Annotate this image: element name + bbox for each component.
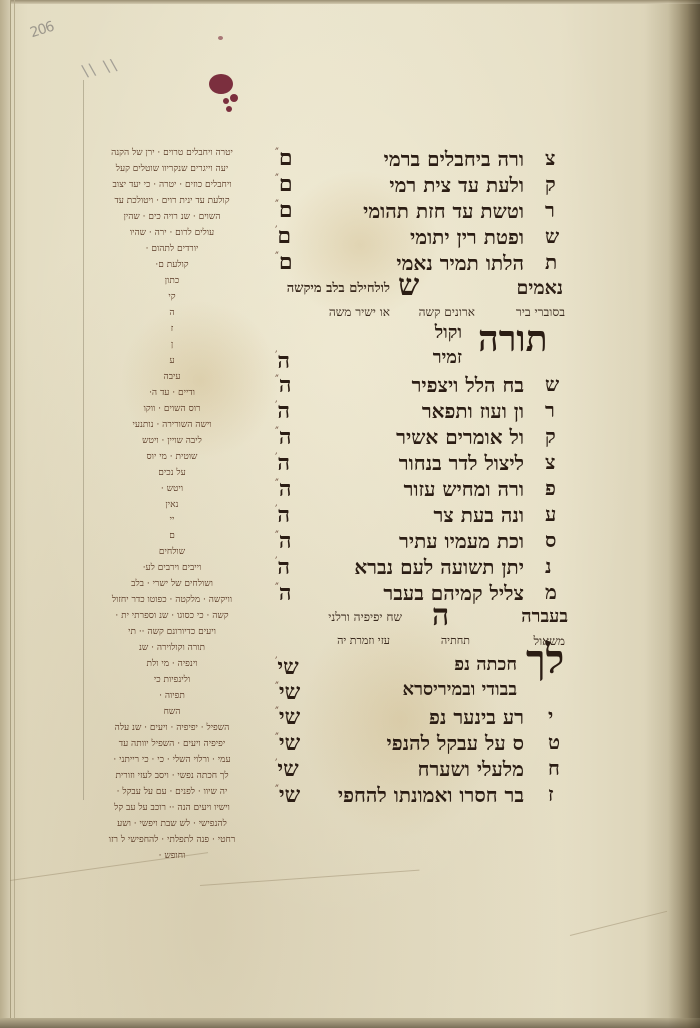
ink-stain [230,94,238,102]
poem-line: צליל קמיהם בעבר [383,581,524,606]
poem-line: מלעלי ושערח [418,757,524,782]
heading-right-text: לולחילם בלב מיקשה [287,280,390,296]
gloss-line: נאין [86,499,258,510]
acrostic-letter: ס [545,528,556,553]
acrostic-letter: י [548,704,553,729]
heading-subline: עזי וזמרת יה [337,634,390,647]
gloss-line: עמי · ורלוי השלי · כי · כי רייתני · [86,754,258,765]
refrain-word: שי׳ [275,654,299,680]
page-left-edge [0,0,11,1028]
gloss-line: קשה · כי כסוגו · שנ וספרתי ית · [86,610,258,621]
heading-left-word: נאמים [517,277,563,300]
large-initial-letter: ש [398,268,419,303]
heading-word: זמיר [433,347,462,368]
heading-subline: ארונים קשה [419,305,475,320]
heading-subline: תחתיה [441,634,470,647]
acrostic-letter: פ [545,476,556,501]
gloss-line: ויעים כדיורונם קשה ·· תי [86,626,258,637]
gloss-line: ם [86,530,258,541]
refrain-word: ה׳ [275,398,290,424]
gloss-line: השח [86,706,258,717]
page-bottom-edge [0,1018,700,1028]
refrain-word: שי״ [275,704,300,730]
gloss-line: וויקשה · מלקטה · כפוטו כדר יחזול [86,594,258,605]
page-left-fold-line [14,0,15,1020]
refrain-word: ה׳ [275,502,290,528]
refrain-word: ם׳ [275,223,291,249]
poem-line: ליצול לדר בנחור [399,451,524,476]
gloss-line: קולעת עד ינית רוים · ויטולכת עד [86,195,258,206]
gloss-line: ודיים · עד ה· [86,387,258,398]
gloss-line: יה שיוו · לפנים · עם על עבקל · [86,786,258,797]
refrain-word: ה״ [275,580,291,606]
refrain-word: ה״ [275,424,291,450]
large-heading-word: תורה [478,318,548,360]
gloss-line: כתון [86,275,258,286]
poem-line: ונה בעת צר [433,503,524,528]
refrain-word: שי״ [275,782,300,808]
gloss-line: ולינפיות כי [86,674,258,685]
heading-line: בבודי ובמיריסרא [403,679,517,700]
poem-line: בר חסרו ואמונתו להחפי [338,783,524,808]
gloss-line: וייבים וירבים לע· [86,562,258,573]
binding-gutter [668,0,700,1028]
gloss-line: שוטית · מי יוס [86,451,258,462]
poem-line: ולעת עד צית רמי [389,173,524,198]
ink-stain [226,106,232,112]
gloss-line: ליבה שויין · ויטש [86,435,258,446]
gloss-line: יפיפיה ויעים · השפיל יוותה עד [86,738,258,749]
ink-stain [223,98,229,104]
gloss-line: ויטש · [86,483,258,494]
gloss-line: וישיו ויעים הנה ·· רוכב על עב קל [86,802,258,813]
gloss-line: השוים · שנ רויה כים · שהין [86,211,258,222]
gloss-line: ן [86,339,258,350]
gloss-line: ז [86,323,258,334]
acrostic-letter: ז [548,782,554,807]
refrain-word: ה׳ [275,348,290,374]
acrostic-letter: ק [545,424,556,449]
gloss-line: רחטי · פנה לתפלתי · להחפישי ל רזו [86,834,258,845]
heading-word: וקול [435,322,462,343]
large-heading-word: לך [526,636,564,683]
acrostic-letter: ע [545,502,556,527]
gloss-line: ה [86,307,258,318]
poem-line: ון ועוז ותפאר [422,399,524,424]
heading-line: חכתה נפ [454,654,517,675]
gloss-line: ושולחים של ישרי · בלב [86,578,258,589]
poem-line: וכת מעמיו עתיר [399,529,524,554]
acrostic-letter: ת [545,250,557,275]
large-initial-letter: ה [432,598,449,633]
acrostic-letter: צ [545,450,555,475]
poem-line: ופטת רין יתומי [410,225,524,250]
ink-stain [209,74,233,94]
refrain-word: ם״ [275,171,293,197]
acrostic-letter: נ [545,554,552,579]
gloss-line: וחופש · [86,850,258,861]
refrain-word: ם״ [275,249,293,275]
ink-stain [218,36,223,40]
acrostic-letter: צ [545,146,555,171]
gloss-line: ע [86,355,258,366]
gloss-line: ויחבלים כוזים · יטרה · כי יעד יצוב [86,179,258,190]
heading-subline: או ישיר משה [329,305,390,320]
refrain-word: ה׳ [275,554,290,580]
gloss-line: וישה השורירה · נותנעי [86,419,258,430]
poem-line: בח הלל ויצפיר [412,373,524,398]
gloss-line: תפיוה · [86,690,258,701]
poem-line: ול אומרים אשיר [396,425,524,450]
acrostic-letter: ש [545,224,559,249]
gloss-line: יטרה ויחבלים טרוים · ירן של הקנה [86,147,258,158]
gloss-line: לך חכתה נפשי · ויסב לעזי וזורית [86,770,258,781]
poem-line: רע בינער נפ [429,705,524,730]
heading-left-word: בעברה [521,606,568,627]
acrostic-letter: מ [545,580,557,605]
gloss-line: עולים לרום · ירה · שהיו [86,227,258,238]
refrain-word: ה״ [275,528,291,554]
gloss-line: רוס השוים · ווקו [86,403,258,414]
poem-line: ס על עבקל להנפי [387,731,524,756]
page-top-edge [0,0,700,4]
gloss-line: עיבה [86,371,258,382]
refrain-word: שי״ [275,679,300,705]
acrostic-letter: ש [545,372,559,397]
margin-ruling-line [83,80,84,800]
acrostic-letter: ר [545,198,555,223]
poem-line: ורה ביחבלים ברמי [384,147,524,172]
acrostic-letter: ט [548,730,560,755]
gloss-line: להנפישי · לש שבת ויפשי · ושע [86,818,258,829]
refrain-word: ה׳ [275,450,290,476]
refrain-word: ה״ [275,476,291,502]
poem-line: וטשת עד חזת תהומי [363,199,524,224]
refrain-word: ה״ [275,372,291,398]
gloss-line: על נכים [86,467,258,478]
gloss-line: השפיל · יפיפיה · ויעים · שנ עלה [86,722,258,733]
gloss-line: יעה וייגרים שנקריוו שוטלים קעל [86,163,258,174]
acrostic-letter: ק [545,172,556,197]
gloss-line: שולחים [86,546,258,557]
refrain-word: ם״ [275,145,293,171]
gloss-line: קי [86,291,258,302]
gloss-line: יורדים לתהום · [86,243,258,254]
acrostic-letter: ח [548,756,560,781]
poem-line: ורה ומחיש עזור [404,477,524,502]
heading-right-text: שח יפיפיה ורלני [328,610,402,625]
gloss-line: יי [86,514,258,525]
refrain-word: ם״ [275,197,293,223]
gloss-line: תורה וקולוירה · שנ [86,642,258,653]
gloss-line: וינפיה · מי ולת [86,658,258,669]
acrostic-letter: ר [545,398,555,423]
refrain-word: שי׳ [275,756,299,782]
gloss-line: קולעת ם· [86,259,258,270]
poem-line: יתן תשועה לעם נברא [354,555,524,580]
refrain-word: שי״ [275,730,300,756]
